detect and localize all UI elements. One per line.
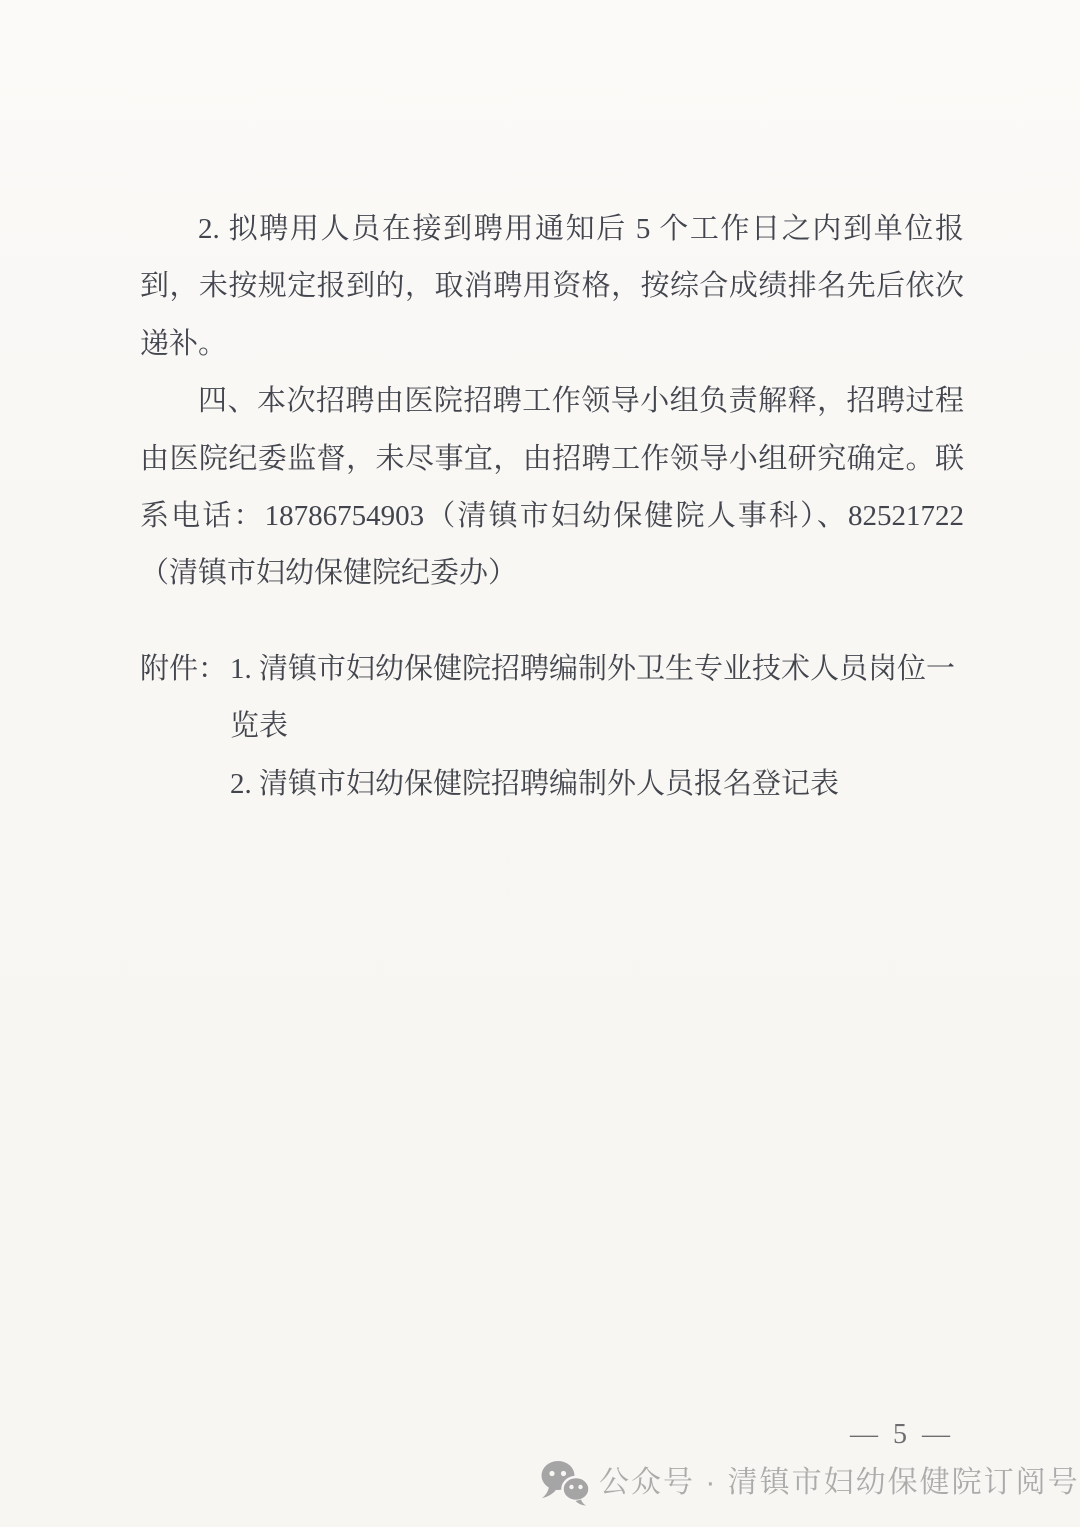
paragraph-2-line-3: 系电话：18786754903（清镇市妇幼保健院人事科）、82521722 (140, 488, 964, 545)
document-page: 2. 拟聘用人员在接到聘用通知后 5 个工作日之内到单位报 到，未按规定报到的，… (0, 0, 1080, 1527)
attachments-label: 附件： (140, 641, 230, 698)
paragraph-1-line-3: 递补。 (140, 316, 964, 373)
paragraph-1-line-2: 到，未按规定报到的，取消聘用资格，按综合成绩排名先后依次 (140, 258, 964, 315)
paragraph-2-line-1: 四、本次招聘由医院招聘工作领导小组负责解释，招聘过程 (140, 373, 964, 430)
attachment-item-2: 2. 清镇市妇幼保健院招聘编制外人员报名登记表 (230, 756, 970, 813)
body-text: 2. 拟聘用人员在接到聘用通知后 5 个工作日之内到单位报 到，未按规定报到的，… (140, 201, 964, 603)
wechat-icon (540, 1460, 592, 1506)
attachments-list: 1. 清镇市妇幼保健院招聘编制外卫生专业技术人员岗位一览表 2. 清镇市妇幼保健… (230, 641, 970, 813)
watermark-text: 公众号 · 清镇市妇幼保健院订阅号 (599, 1460, 1080, 1506)
watermark: 公众号 · 清镇市妇幼保健院订阅号 (540, 1460, 1080, 1506)
attachment-item-1: 1. 清镇市妇幼保健院招聘编制外卫生专业技术人员岗位一览表 (230, 641, 970, 756)
paragraph-2-line-2: 由医院纪委监督，未尽事宜，由招聘工作领导小组研究确定。联 (140, 431, 964, 488)
page-number: — 5 — (850, 1419, 954, 1451)
attachments-section: 附件： 1. 清镇市妇幼保健院招聘编制外卫生专业技术人员岗位一览表 2. 清镇市… (140, 641, 990, 813)
paragraph-2-line-4: （清镇市妇幼保健院纪委办） (140, 545, 964, 602)
paragraph-1-line-1: 2. 拟聘用人员在接到聘用通知后 5 个工作日之内到单位报 (140, 201, 964, 258)
